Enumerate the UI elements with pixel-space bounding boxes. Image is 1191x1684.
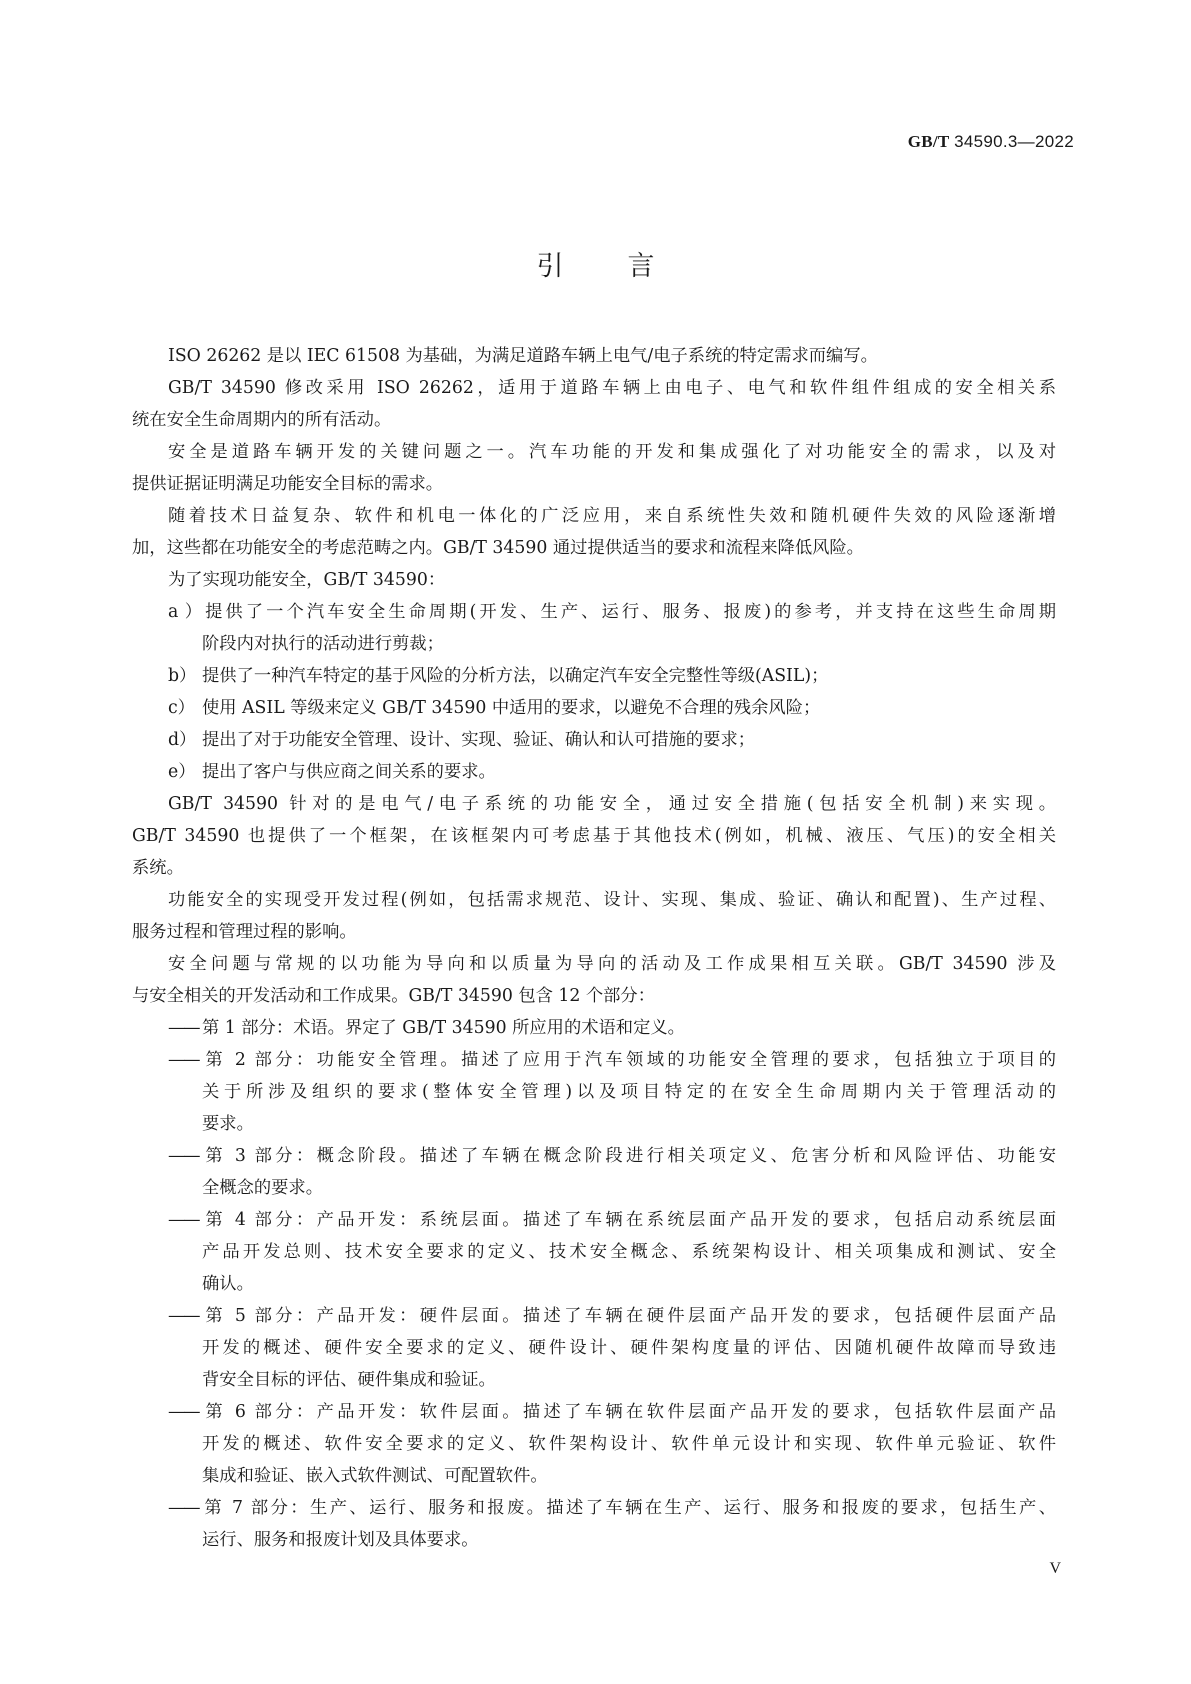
line-text: 第 2 部分：功能安全管理。描述了应用于汽车领域的功能安全管理的要求，包括独立于… bbox=[202, 1050, 1056, 1070]
line-text: ISO 26262 是以 IEC 61508 为基础，为满足道路车辆上电气/电子… bbox=[168, 346, 878, 366]
list-item-line: 运行、服务和报废计划及具体要求。 bbox=[132, 1524, 1056, 1556]
line-text: 开发的概述、软件安全要求的定义、软件架构设计、软件单元设计和实现、软件单元验证、… bbox=[202, 1434, 1056, 1454]
part-list-item: ——第 5 部分：产品开发：硬件层面。描述了车辆在硬件层面产品开发的要求，包括硬… bbox=[132, 1300, 1056, 1332]
line-text: 随着技术日益复杂、软件和机电一体化的广泛应用，来自系统性失效和随机硬件失效的风险… bbox=[168, 506, 1056, 526]
list-item-line: 开发的概述、硬件安全要求的定义、硬件设计、硬件架构度量的评估、因随机硬件故障而导… bbox=[132, 1332, 1056, 1364]
list-item-line: 开发的概述、软件安全要求的定义、软件架构设计、软件单元设计和实现、软件单元验证、… bbox=[132, 1428, 1056, 1460]
line-text: 与安全相关的开发活动和工作成果。GB/T 34590 包含 12 个部分： bbox=[132, 986, 655, 1006]
paragraph-line: 统在安全生命周期内的所有活动。 bbox=[132, 404, 1056, 436]
paragraph-line: 随着技术日益复杂、软件和机电一体化的广泛应用，来自系统性失效和随机硬件失效的风险… bbox=[132, 500, 1056, 532]
paragraph-line: ISO 26262 是以 IEC 61508 为基础，为满足道路车辆上电气/电子… bbox=[132, 340, 1056, 372]
standard-code: GB/T 34590.3—2022 bbox=[908, 132, 1074, 152]
line-text: GB/T 34590 也提供了一个框架，在该框架内可考虑基于其他技术(例如，机械… bbox=[132, 826, 1056, 846]
line-text: 运行、服务和报废计划及具体要求。 bbox=[202, 1530, 479, 1550]
line-text: 关于所涉及组织的要求(整体安全管理)以及项目特定的在安全生命周期内关于管理活动的 bbox=[202, 1082, 1056, 1102]
list-marker: b） bbox=[168, 660, 202, 692]
paragraph-line: GB/T 34590 也提供了一个框架，在该框架内可考虑基于其他技术(例如，机械… bbox=[132, 820, 1056, 852]
list-item-line: 背安全目标的评估、硬件集成和验证。 bbox=[132, 1364, 1056, 1396]
page-title: 引言 bbox=[0, 244, 1191, 283]
line-text: 第 4 部分：产品开发：系统层面。描述了车辆在系统层面产品开发的要求，包括启动系… bbox=[202, 1210, 1056, 1230]
paragraph-line: 系统。 bbox=[132, 852, 1056, 884]
line-text: 统在安全生命周期内的所有活动。 bbox=[132, 410, 391, 430]
list-item-line: 全概念的要求。 bbox=[132, 1172, 1056, 1204]
line-text: 开发的概述、硬件安全要求的定义、硬件设计、硬件架构度量的评估、因随机硬件故障而导… bbox=[202, 1338, 1056, 1358]
line-text: 第 6 部分：产品开发：软件层面。描述了车辆在软件层面产品开发的要求，包括软件层… bbox=[202, 1402, 1056, 1422]
list-item-line: 确认。 bbox=[132, 1268, 1056, 1300]
line-text: 服务过程和管理过程的影响。 bbox=[132, 922, 357, 942]
paragraph-line: 与安全相关的开发活动和工作成果。GB/T 34590 包含 12 个部分： bbox=[132, 980, 1056, 1012]
line-text: 提出了客户与供应商之间关系的要求。 bbox=[202, 762, 496, 782]
line-text: 加，这些都在功能安全的考虑范畴之内。GB/T 34590 通过提供适当的要求和流… bbox=[132, 538, 864, 558]
line-text: 功能安全的实现受开发过程(例如，包括需求规范、设计、实现、集成、验证、确认和配置… bbox=[168, 890, 1056, 910]
paragraph-line: 提供证据证明满足功能安全目标的需求。 bbox=[132, 468, 1056, 500]
document-body: ISO 26262 是以 IEC 61508 为基础，为满足道路车辆上电气/电子… bbox=[132, 340, 1056, 1556]
part-list-item: ——第 2 部分：功能安全管理。描述了应用于汽车领域的功能安全管理的要求，包括独… bbox=[132, 1044, 1056, 1076]
list-marker: —— bbox=[168, 1300, 202, 1332]
paragraph-line: 安全问题与常规的以功能为导向和以质量为导向的活动及工作成果相互关联。GB/T 3… bbox=[132, 948, 1056, 980]
line-text: 使用 ASIL 等级来定义 GB/T 34590 中适用的要求，以避免不合理的残… bbox=[202, 698, 820, 718]
list-marker: —— bbox=[168, 1492, 202, 1524]
paragraph-line: 安全是道路车辆开发的关键问题之一。汽车功能的开发和集成强化了对功能安全的需求，以… bbox=[132, 436, 1056, 468]
list-marker: —— bbox=[168, 1044, 202, 1076]
paragraph-line: GB/T 34590 针对的是电气/电子系统的功能安全，通过安全措施(包括安全机… bbox=[132, 788, 1056, 820]
list-marker: c） bbox=[168, 692, 202, 724]
list-item: a）提供了一个汽车安全生命周期(开发、生产、运行、服务、报废)的参考，并支持在这… bbox=[132, 596, 1056, 628]
list-item-line: 集成和验证、嵌入式软件测试、可配置软件。 bbox=[132, 1460, 1056, 1492]
standard-prefix: GB/T bbox=[908, 132, 950, 151]
line-text: 确认。 bbox=[202, 1274, 254, 1294]
list-item-line: 要求。 bbox=[132, 1108, 1056, 1140]
line-text: 阶段内对执行的活动进行剪裁； bbox=[202, 634, 444, 654]
line-text: 产品开发总则、技术安全要求的定义、技术安全概念、系统架构设计、相关项集成和测试、… bbox=[202, 1242, 1056, 1262]
page-number: V bbox=[1049, 1560, 1061, 1578]
line-text: 系统。 bbox=[132, 858, 184, 878]
line-text: 安全是道路车辆开发的关键问题之一。汽车功能的开发和集成强化了对功能安全的需求，以… bbox=[168, 442, 1056, 462]
list-marker: d） bbox=[168, 724, 202, 756]
line-text: 背安全目标的评估、硬件集成和验证。 bbox=[202, 1370, 496, 1390]
line-text: 为了实现功能安全，GB/T 34590： bbox=[168, 570, 445, 590]
standard-number: 34590.3—2022 bbox=[954, 132, 1074, 151]
list-marker: —— bbox=[168, 1012, 202, 1044]
list-item: e）提出了客户与供应商之间关系的要求。 bbox=[132, 756, 1056, 788]
list-marker: —— bbox=[168, 1204, 202, 1236]
list-marker: e） bbox=[168, 756, 202, 788]
line-text: 第 5 部分：产品开发：硬件层面。描述了车辆在硬件层面产品开发的要求，包括硬件层… bbox=[202, 1306, 1056, 1326]
list-item-line: 产品开发总则、技术安全要求的定义、技术安全概念、系统架构设计、相关项集成和测试、… bbox=[132, 1236, 1056, 1268]
line-text: 集成和验证、嵌入式软件测试、可配置软件。 bbox=[202, 1466, 548, 1486]
line-text: 要求。 bbox=[202, 1114, 254, 1134]
list-marker: —— bbox=[168, 1396, 202, 1428]
paragraph-line: GB/T 34590 修改采用 ISO 26262，适用于道路车辆上由电子、电气… bbox=[132, 372, 1056, 404]
paragraph-line: 为了实现功能安全，GB/T 34590： bbox=[132, 564, 1056, 596]
line-text: 提供证据证明满足功能安全目标的需求。 bbox=[132, 474, 443, 494]
list-item: b）提供了一种汽车特定的基于风险的分析方法，以确定汽车安全完整性等级(ASIL)… bbox=[132, 660, 1056, 692]
list-item: c）使用 ASIL 等级来定义 GB/T 34590 中适用的要求，以避免不合理… bbox=[132, 692, 1056, 724]
part-list-item: ——第 1 部分：术语。界定了 GB/T 34590 所应用的术语和定义。 bbox=[132, 1012, 1056, 1044]
line-text: 提出了对于功能安全管理、设计、实现、验证、确认和认可措施的要求； bbox=[202, 730, 755, 750]
paragraph-line: 服务过程和管理过程的影响。 bbox=[132, 916, 1056, 948]
line-text: GB/T 34590 修改采用 ISO 26262，适用于道路车辆上由电子、电气… bbox=[168, 378, 1056, 398]
list-item-line: 阶段内对执行的活动进行剪裁； bbox=[132, 628, 1056, 660]
line-text: 第 3 部分：概念阶段。描述了车辆在概念阶段进行相关项定义、危害分析和风险评估、… bbox=[202, 1146, 1056, 1166]
part-list-item: ——第 7 部分：生产、运行、服务和报废。描述了车辆在生产、运行、服务和报废的要… bbox=[132, 1492, 1056, 1524]
list-marker: a） bbox=[168, 596, 202, 628]
line-text: 第 1 部分：术语。界定了 GB/T 34590 所应用的术语和定义。 bbox=[202, 1018, 685, 1038]
list-item: d）提出了对于功能安全管理、设计、实现、验证、确认和认可措施的要求； bbox=[132, 724, 1056, 756]
list-item-line: 关于所涉及组织的要求(整体安全管理)以及项目特定的在安全生命周期内关于管理活动的 bbox=[132, 1076, 1056, 1108]
paragraph-line: 功能安全的实现受开发过程(例如，包括需求规范、设计、实现、集成、验证、确认和配置… bbox=[132, 884, 1056, 916]
part-list-item: ——第 4 部分：产品开发：系统层面。描述了车辆在系统层面产品开发的要求，包括启… bbox=[132, 1204, 1056, 1236]
line-text: 安全问题与常规的以功能为导向和以质量为导向的活动及工作成果相互关联。GB/T 3… bbox=[168, 954, 1056, 974]
line-text: 全概念的要求。 bbox=[202, 1178, 323, 1198]
paragraph-line: 加，这些都在功能安全的考虑范畴之内。GB/T 34590 通过提供适当的要求和流… bbox=[132, 532, 1056, 564]
line-text: 提供了一种汽车特定的基于风险的分析方法，以确定汽车安全完整性等级(ASIL)； bbox=[202, 666, 828, 686]
part-list-item: ——第 3 部分：概念阶段。描述了车辆在概念阶段进行相关项定义、危害分析和风险评… bbox=[132, 1140, 1056, 1172]
line-text: 第 7 部分：生产、运行、服务和报废。描述了车辆在生产、运行、服务和报废的要求，… bbox=[202, 1498, 1056, 1518]
part-list-item: ——第 6 部分：产品开发：软件层面。描述了车辆在软件层面产品开发的要求，包括软… bbox=[132, 1396, 1056, 1428]
line-text: GB/T 34590 针对的是电气/电子系统的功能安全，通过安全措施(包括安全机… bbox=[168, 794, 1056, 814]
list-marker: —— bbox=[168, 1140, 202, 1172]
line-text: 提供了一个汽车安全生命周期(开发、生产、运行、服务、报废)的参考，并支持在这些生… bbox=[202, 602, 1056, 622]
